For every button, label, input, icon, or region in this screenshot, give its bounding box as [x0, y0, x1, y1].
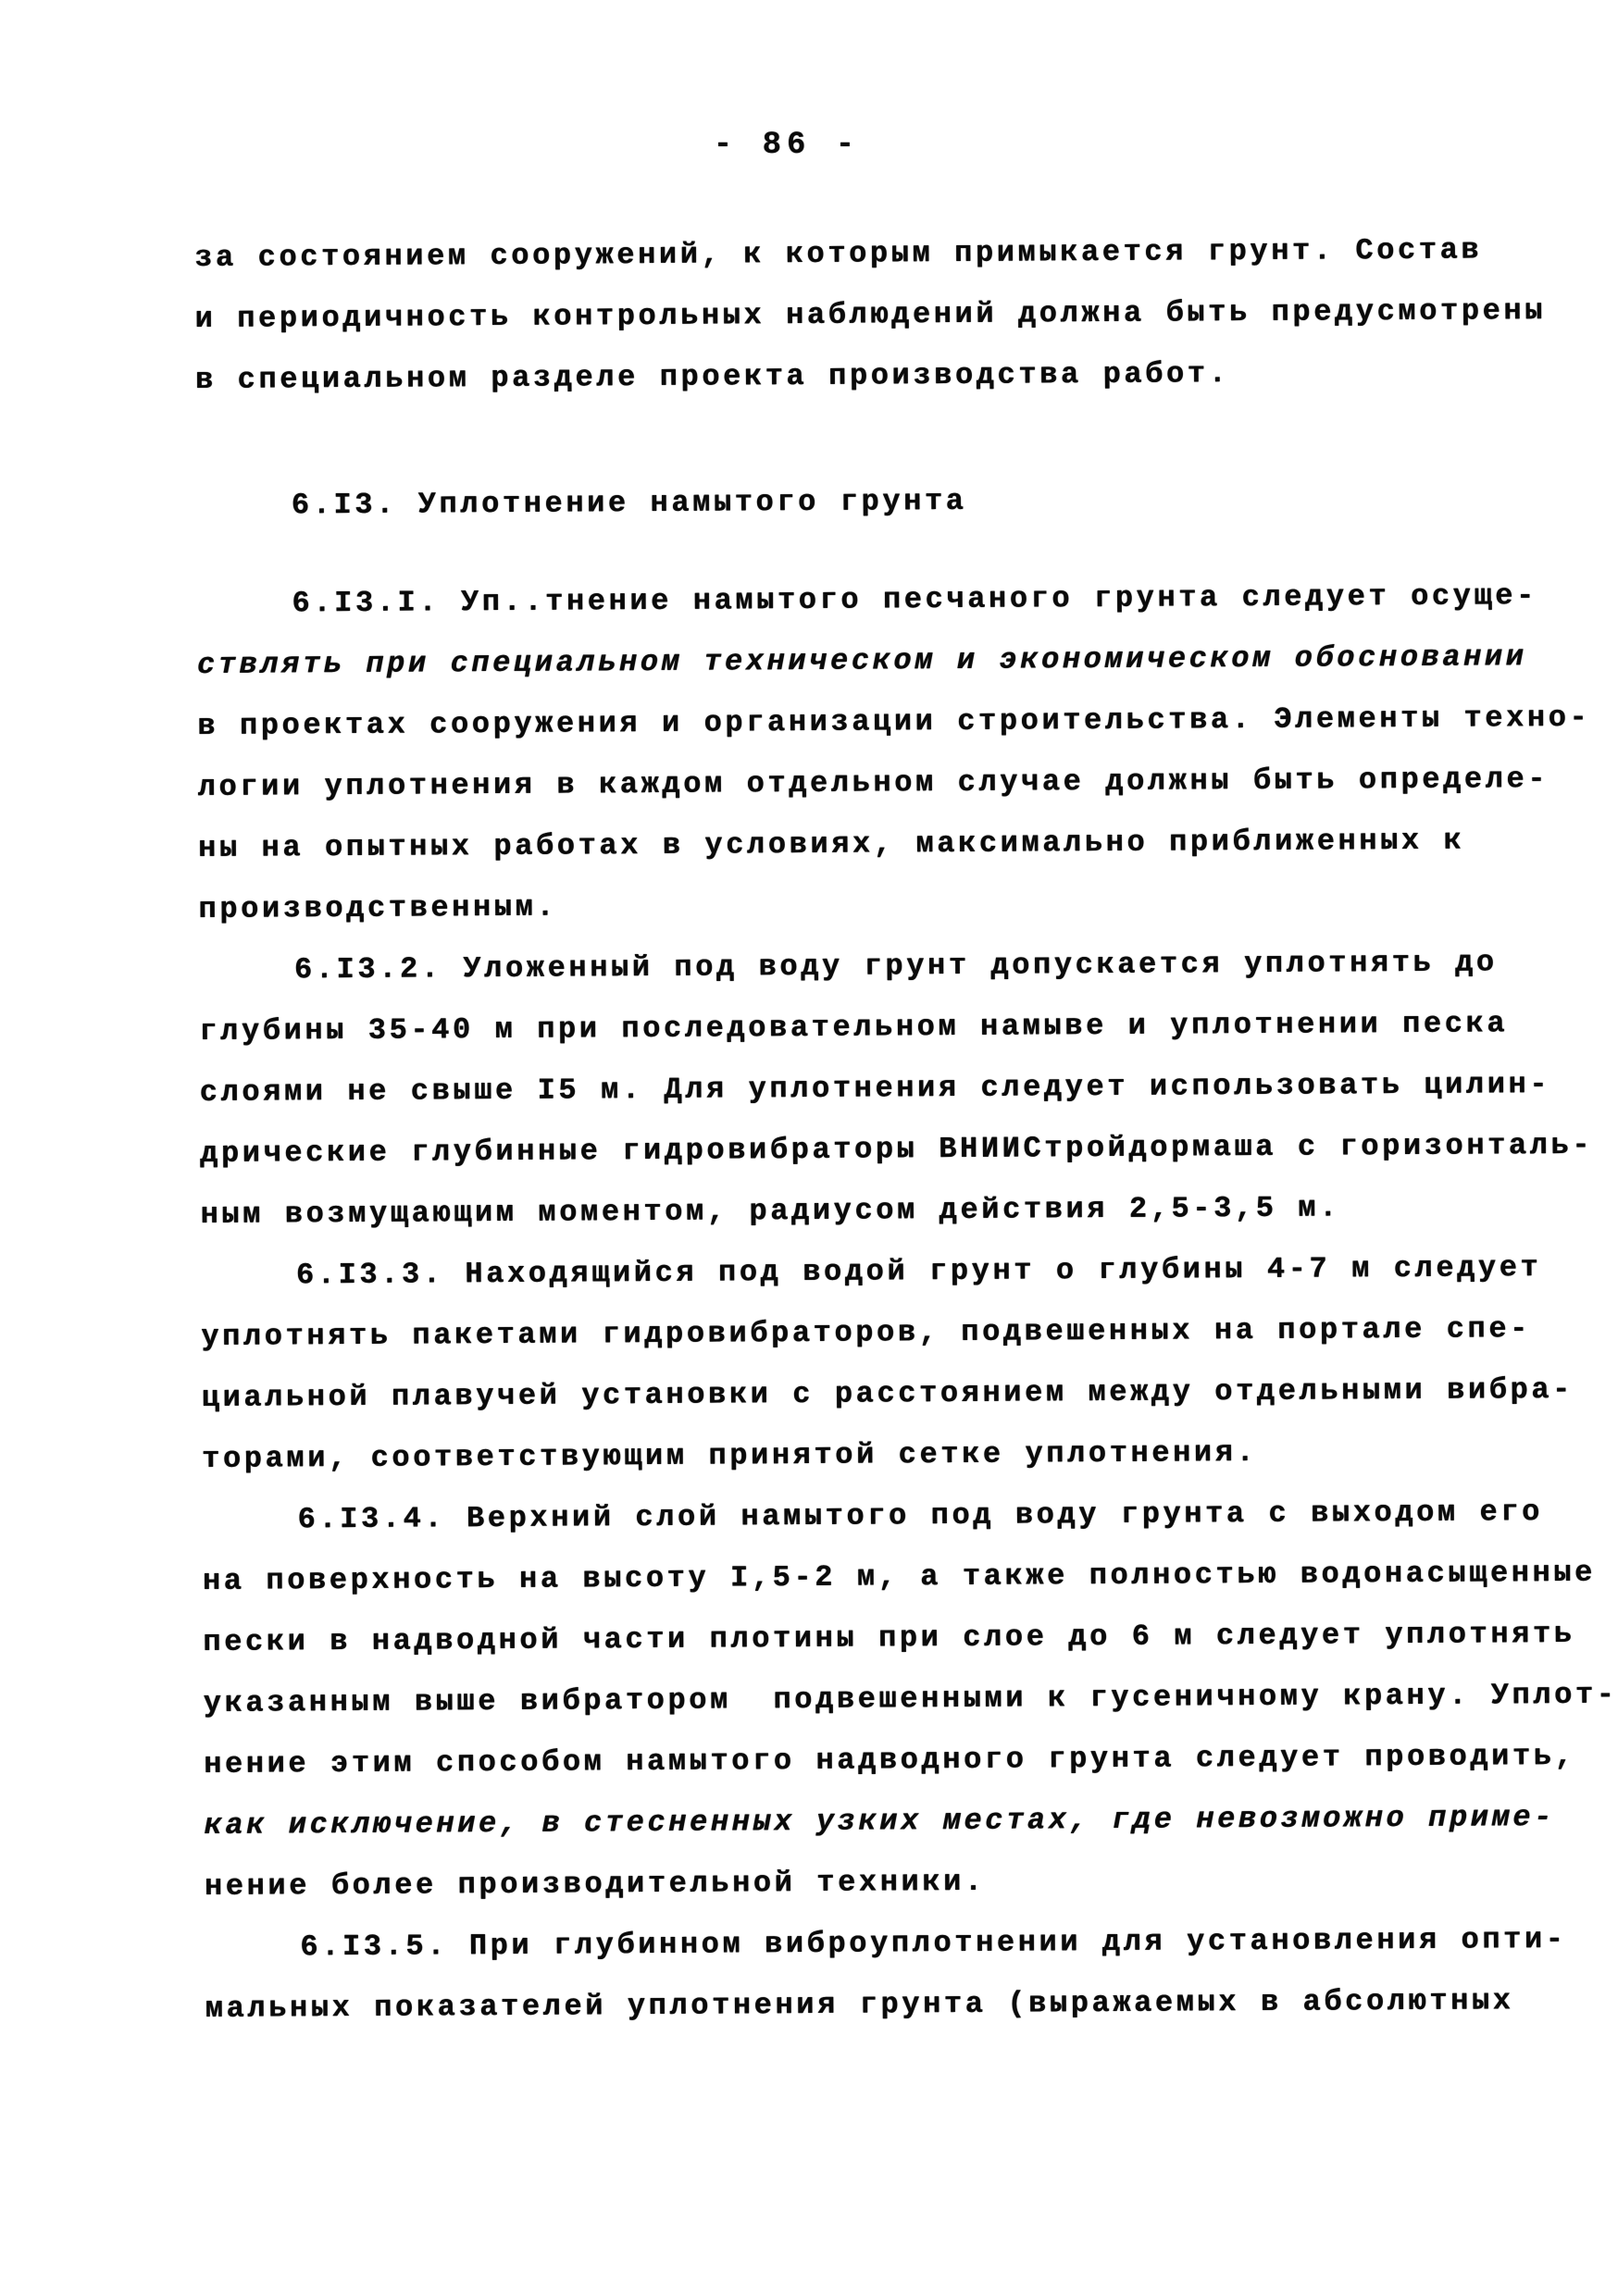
text-line: 6.I3.3. Находящийся под водой грунт о гл… — [201, 1237, 1571, 1307]
text-line: производственным. — [198, 871, 1568, 940]
text-line: 6.I3.4. Верхний слой намытого под воду г… — [202, 1482, 1572, 1551]
text-line: дрические глубинные гидровибраторы ВНИИС… — [200, 1115, 1570, 1185]
paragraph-heading-6-13: 6.I3. Уплотнение намытого грунта — [196, 467, 1566, 537]
text-line: уплотнять пакетами гидровибраторов, подв… — [201, 1298, 1571, 1368]
text-line: в специальном разделе проекта производст… — [195, 341, 1565, 411]
paragraph-clause-6-13-5: 6.I3.5. При глубинном виброуплотнении дл… — [205, 1909, 1575, 2040]
text-line: и периодичность контрольных наблюдений д… — [194, 280, 1564, 350]
text-line: как исключение, в стесненных узких места… — [204, 1787, 1574, 1856]
text-line: 6.I3.I. Уп..тнение намытого песчаного гр… — [196, 565, 1566, 635]
paragraph-clause-6-13-4: 6.I3.4. Верхний слой намытого под воду г… — [202, 1482, 1574, 1917]
document-body: за состоянием сооружений, к которым прим… — [194, 219, 1575, 2040]
text-line: ным возмущающим моментом, радиусом дейст… — [200, 1176, 1570, 1246]
scanned-document-page: - 86 - за состоянием сооружений, к котор… — [0, 0, 1618, 2296]
text-line: в проектах сооружения и организации стро… — [197, 688, 1567, 757]
text-line: логии уплотнения в каждом отдельном случ… — [197, 749, 1567, 818]
text-line: нение более производительной техники. — [205, 1848, 1574, 1917]
text-line: слоями не свыше I5 м. Для уплотнения сле… — [200, 1054, 1570, 1123]
text-line: указанным выше вибратором подвешенными к… — [204, 1665, 1574, 1734]
text-line: торами, соответствующим принятой сетке у… — [202, 1421, 1572, 1490]
page-number: - 86 - — [0, 128, 1596, 163]
text-line: 6.I3. Уплотнение намытого грунта — [196, 467, 1566, 537]
paragraph-clause-6-13-2: 6.I3.2. Уложенный под воду грунт допуска… — [199, 932, 1571, 1246]
text-line: ны на опытных работах в условиях, максим… — [198, 810, 1568, 879]
text-line: за состоянием сооружений, к которым прим… — [194, 219, 1564, 289]
text-line: мальных показателей уплотнения грунта (в… — [205, 1970, 1575, 2040]
paragraph-intro: за состоянием сооружений, к которым прим… — [194, 219, 1565, 411]
text-line: ствлять при специальном техническом и эк… — [197, 627, 1567, 696]
text-line: 6.I3.5. При глубинном виброуплотнении дл… — [205, 1909, 1574, 1979]
paragraph-clause-6-13-3: 6.I3.3. Находящийся под водой грунт о гл… — [201, 1237, 1573, 1490]
text-line: глубины 35-40 м при последовательном нам… — [199, 993, 1569, 1062]
text-line: циальной плавучей установки с расстояние… — [202, 1359, 1572, 1429]
text-line: пески в надводной части плотины при слое… — [203, 1604, 1573, 1673]
text-line: нение этим способом намытого надводного … — [204, 1726, 1574, 1795]
paragraph-clause-6-13-1: 6.I3.I. Уп..тнение намытого песчаного гр… — [196, 565, 1568, 940]
text-line: 6.I3.2. Уложенный под воду грунт допуска… — [199, 932, 1569, 1001]
text-line: на поверхность на высоту I,5-2 м, а такж… — [203, 1543, 1573, 1612]
